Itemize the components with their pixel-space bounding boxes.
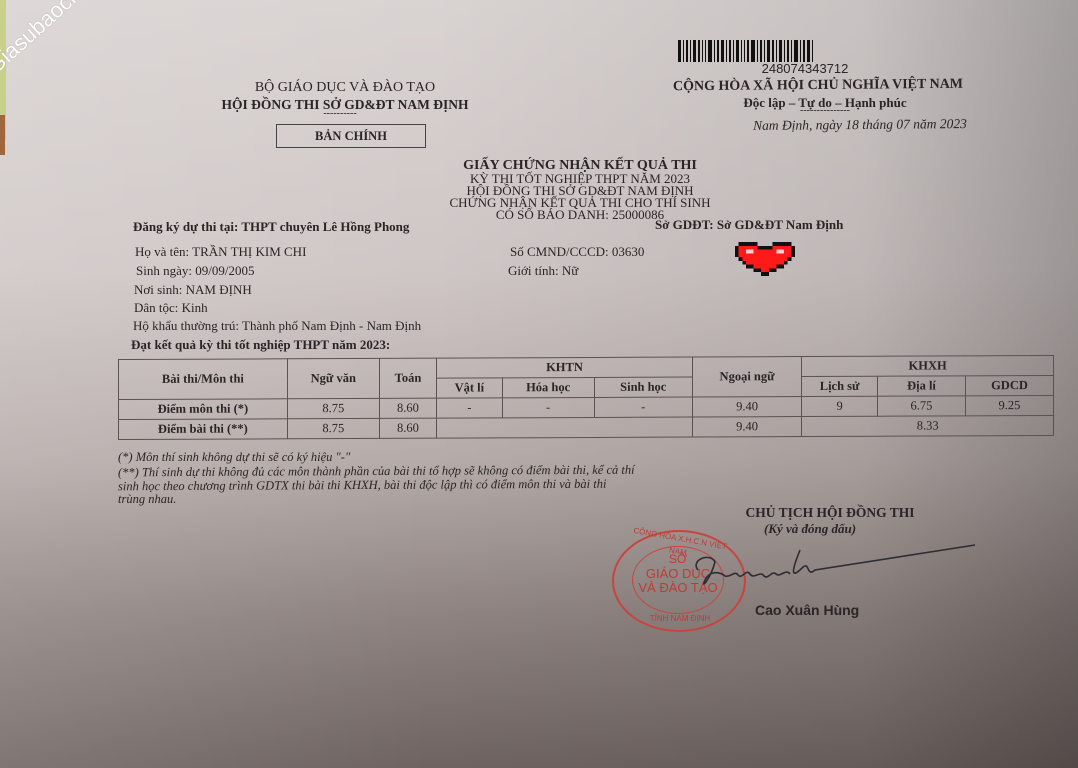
- row-label: Điểm bài thi (**): [119, 419, 288, 440]
- score-math: 8.60: [379, 398, 436, 418]
- note-2-line-3: trùng nhau.: [118, 492, 176, 507]
- registration-school: Đăng ký dự thi tại: THPT chuyên Lê Hồng …: [133, 219, 409, 235]
- header-literature: Ngữ văn: [287, 358, 379, 398]
- separator: ----------: [290, 108, 390, 119]
- score-geography: 6.75: [878, 396, 966, 416]
- candidate-gender: Giới tính: Nữ: [508, 263, 578, 279]
- background-edge: [0, 115, 5, 155]
- candidate-name: Họ và tên: TRẦN THỊ KIM CHI: [135, 244, 306, 260]
- score-chemistry: -: [502, 397, 594, 417]
- header-foreign-language: Ngoại ngữ: [692, 357, 801, 397]
- score-khtn: [437, 417, 693, 438]
- header-math: Toán: [379, 358, 436, 398]
- signature-scribble: [680, 540, 980, 600]
- place-and-date: Nam Định, ngày 18 tháng 07 năm 2023: [680, 115, 1040, 134]
- header-history: Lịch sử: [802, 376, 878, 396]
- table-row: Điểm bài thi (**) 8.75 8.60 9.40 8.33: [119, 415, 1054, 439]
- candidate-ethnicity: Dân tộc: Kinh: [134, 300, 208, 316]
- seal-outer-text: TỈNH NAM ĐỊNH: [640, 612, 720, 625]
- note-1: (*) Môn thí sinh không dự thi sẽ có ký h…: [118, 450, 350, 465]
- signer-subtitle: (Ký và đóng dấu): [700, 521, 920, 537]
- header-khtn: KHTN: [437, 357, 693, 378]
- barcode: [678, 40, 898, 62]
- score-physics: -: [437, 398, 502, 418]
- score-math: 8.60: [379, 418, 436, 438]
- score-biology: -: [594, 397, 692, 417]
- score-foreign-language: 9.40: [692, 397, 801, 417]
- score-literature: 8.75: [287, 418, 379, 438]
- country-name: CỘNG HÒA XÃ HỘI CHỦ NGHĨA VIỆT NAM: [598, 76, 1038, 96]
- header-geography: Địa lí: [878, 376, 966, 396]
- header-biology: Sinh học: [594, 377, 692, 397]
- ministry-name: BỘ GIÁO DỤC VÀ ĐÀO TẠO: [200, 80, 490, 96]
- heart-redaction-icon: [733, 242, 797, 276]
- score-khxh: 8.33: [802, 415, 1054, 436]
- separator: ---------------: [770, 105, 880, 116]
- note-2-line-2: sinh học theo chương trình GDTX thi bài …: [118, 477, 607, 495]
- original-copy-badge: BẢN CHÍNH: [276, 124, 426, 148]
- results-heading: Đạt kết quả kỳ thi tốt nghiệp THPT năm 2…: [131, 337, 390, 353]
- score-history: 9: [802, 396, 878, 416]
- signer-name: Cao Xuân Hùng: [755, 602, 859, 618]
- header-chemistry: Hóa học: [502, 377, 594, 397]
- score-literature: 8.75: [287, 398, 379, 418]
- score-table: Bài thi/Môn thi Ngữ văn Toán KHTN Ngoại …: [118, 355, 1054, 440]
- candidate-birthplace: Nơi sinh: NAM ĐỊNH: [134, 282, 252, 298]
- barcode-number: 248074343712: [730, 61, 880, 76]
- header-subject: Bài thi/Môn thi: [119, 359, 288, 400]
- watermark: Giasubaochau.net: [0, 0, 132, 79]
- score-foreign-language: 9.40: [692, 417, 801, 437]
- signer-title: CHỦ TỊCH HỘI ĐỒNG THI: [680, 505, 980, 521]
- row-label: Điểm môn thi (*): [119, 399, 288, 420]
- candidate-id-number: Số CMND/CCCD: 03630: [510, 244, 644, 260]
- score-civics: 9.25: [965, 395, 1053, 415]
- registration-department: Sở GDĐT: Sở GD&ĐT Nam Định: [655, 217, 843, 233]
- candidate-dob: Sinh ngày: 09/09/2005: [136, 263, 254, 279]
- header-physics: Vật lí: [437, 378, 502, 398]
- candidate-residence: Hộ khẩu thường trú: Thành phố Nam Định -…: [133, 318, 421, 334]
- header-khxh: KHXH: [802, 355, 1054, 376]
- header-civics: GDCD: [965, 375, 1053, 395]
